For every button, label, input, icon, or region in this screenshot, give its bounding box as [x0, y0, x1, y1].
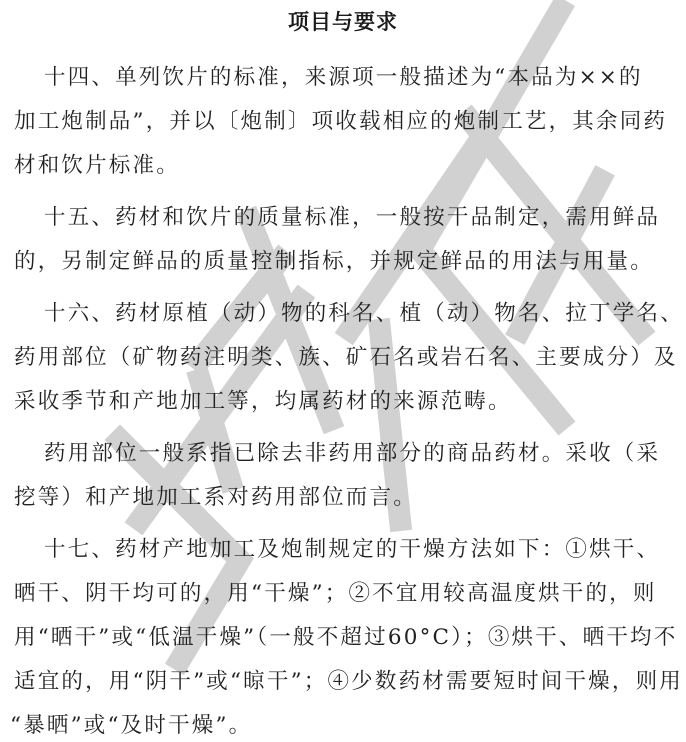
- paragraph-line: 药用部位一般系指已除去非药用部分的商品药材。采收（采: [0, 436, 686, 467]
- paragraph-line: 采收季节和产地加工等，均属药材的来源范畴。: [0, 384, 686, 415]
- paragraph-line: 适宜的，用“阴干”或“晾干”；④少数药材需要短时间干燥，则用: [0, 664, 686, 695]
- page-title: 项目与要求: [0, 6, 686, 36]
- paragraph-line: 十六、药材原植（动）物的科名、植（动）物名、拉丁学名、: [0, 296, 686, 327]
- paragraph-line: 药用部位（矿物药注明类、族、矿石名或岩石名、主要成分）及: [0, 340, 686, 371]
- paragraph-line: 晒干、阴干均可的，用“干燥”；②不宜用较高温度烘干的，则: [0, 576, 686, 607]
- paragraph-line: 十七、药材产地加工及炮制规定的干燥方法如下：①烘干、: [0, 532, 686, 563]
- paragraph-line: 十四、单列饮片的标准，来源项一般描述为“本品为××的: [0, 60, 686, 91]
- paragraph-line: 十五、药材和饮片的质量标准，一般按干品制定，需用鲜品: [0, 200, 686, 231]
- paragraph-line: 挖等）和产地加工系对药用部位而言。: [0, 480, 686, 511]
- paragraph-line: 的，另制定鲜品的质量控制指标，并规定鲜品的用法与用量。: [0, 244, 686, 275]
- paragraph-line: 加工炮制品”，并以〔炮制〕项收载相应的炮制工艺，其余同药: [0, 104, 686, 135]
- paragraph-line: 用“晒干”或“低温干燥”（一般不超过60°C）；③烘干、晒干均不: [0, 620, 686, 651]
- paragraph-line: 材和饮片标准。: [0, 148, 686, 179]
- paragraph-line: “暴晒”或“及时干燥”。: [0, 708, 686, 739]
